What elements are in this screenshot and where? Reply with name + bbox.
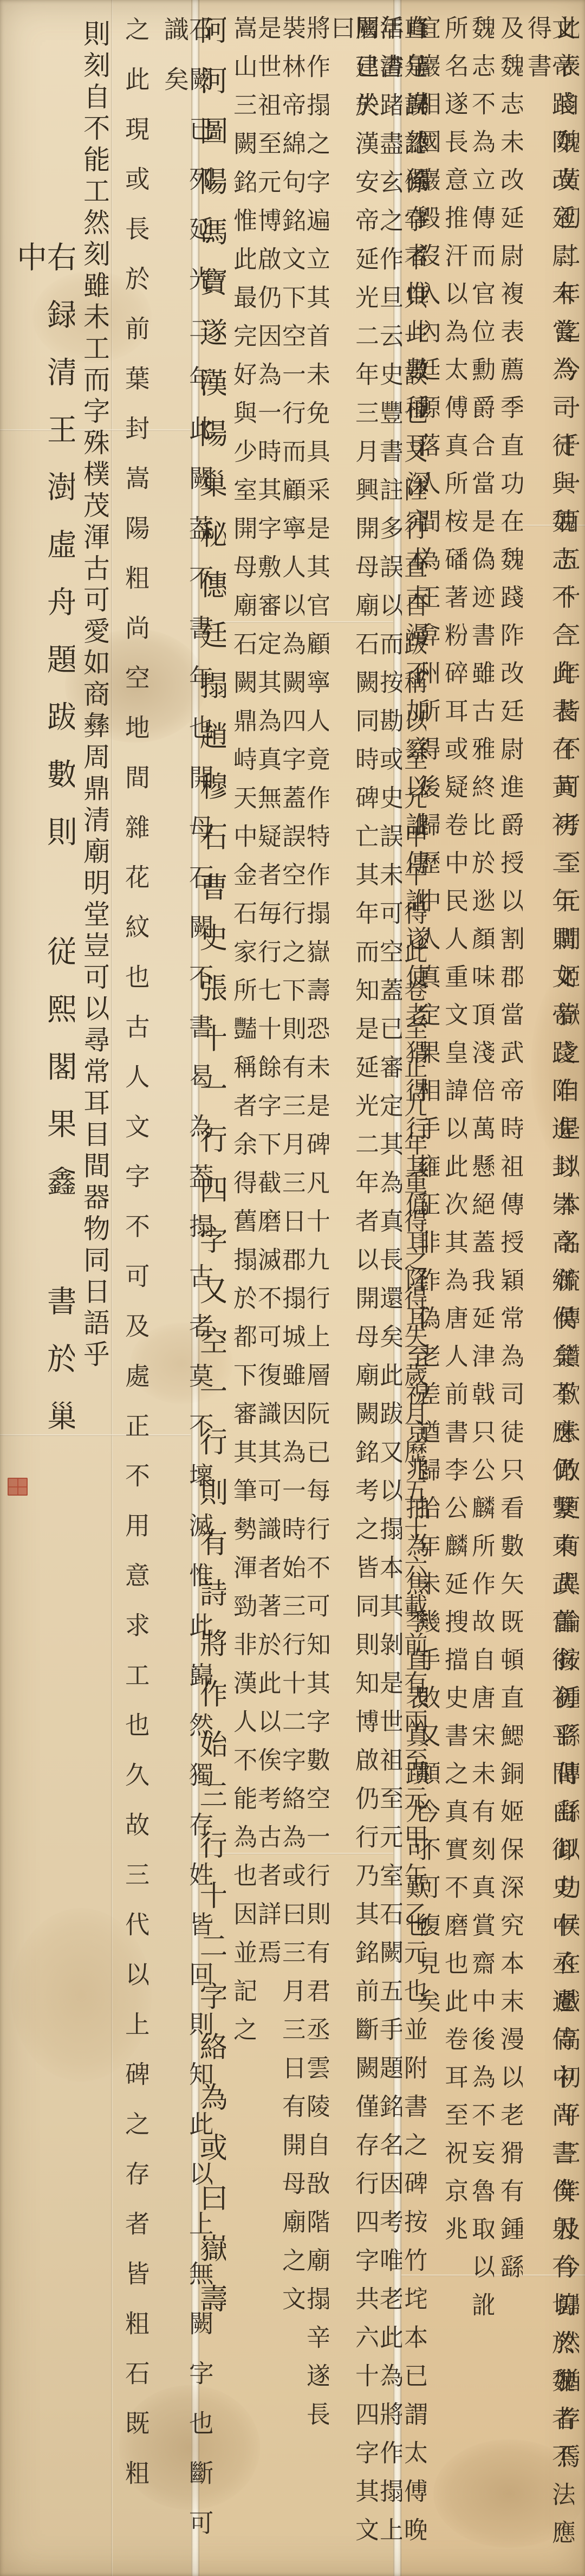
calligraphy-scroll: 此表自魏黃初二年迄今一千一百五十三年皆不可考至元間姬嶽之自是以本名流傳讚歎未敢更…	[0, 0, 585, 2576]
text-column-b7: 嵩山三闕銘惟此最完好與少室開母廟石闕鼎峙天中金石家所豔稱者余得舊搨於都下審其筆勢…	[231, 15, 256, 2055]
vertical-crease	[111, 0, 113, 2576]
text-column-b4: 將作搨之字遍立其首未免具采是其官顧寧人竟作特作搨嶽壽恐未是碑凡十九行上層阮已每行…	[304, 15, 329, 2440]
text-column-c5: 所名遂長意推汗以為太傅真所桉磻著粉碎耳或疑卷中民人重文皇諱以此次其為唐人前書李公…	[443, 15, 467, 2254]
seal-glyph-block	[9, 1479, 17, 1486]
text-column-b5: 裝林帝綿句銘文下空一行而顧寧人以為闕四字蓋誤空行之下則有三月三日郡搨城雖因為一時…	[280, 15, 304, 2324]
text-column-a1: 石闕已列延光二年此闕葢不書年也開母石闕不書曷為葢搨古者莫不壞滅惟此巋然獨存姓皆回…	[162, 16, 212, 2560]
text-column-a3: 則刻自不能工然刻雖未工而字殊樸茂渾古可愛如商彝周鼎清廟明堂豈可以尋常耳目間器物同…	[81, 20, 108, 1371]
seal-glyph-block	[9, 1487, 17, 1495]
text-column-c4: 魏志不為立傳而官位勳爵合當是偽迹書雖古雅終比於逖顏味頂淺倍萬懸絕蓋我延津戟只公麟…	[470, 15, 494, 2330]
text-column-b6: 是世祖至元博啟仍因為一時其字敷審定其為真無疑者毎行七十餘字下截磨滅不可復識其可識…	[256, 15, 280, 1978]
colophon-signature-column: 右録清王澍虛舟題跋數則 従熙閣果鑫 書於巢中	[14, 241, 75, 1488]
text-column-b3: 闕建於漢安帝延光二年三月興開母廟石闕同時碑亡其年而知是延光二年者以開母廟闕銘考之…	[329, 15, 378, 2559]
seal-glyph-block	[18, 1479, 27, 1486]
text-column-a2: 之此現或長於前葉封嵩陽粗尚空地間雜花紋也古人文字不可及處正不用意求工也久故三代以…	[123, 16, 148, 2510]
text-column-c3: 及魏志未改延尉複表薦季直功在魏踐阼改廷尉進爵授以割郡當武帝時祖傳授穎常為司徒只看…	[498, 15, 523, 2292]
text-column-c2: 文帝踐阼改廷尉未嘗為司徒與魏志不合此表在黃初二年則文帝踐阼進封崇高鄉侯矣不應仍繫…	[525, 15, 574, 2559]
artist-seal	[8, 1478, 28, 1496]
seal-glyph-block	[18, 1487, 27, 1495]
